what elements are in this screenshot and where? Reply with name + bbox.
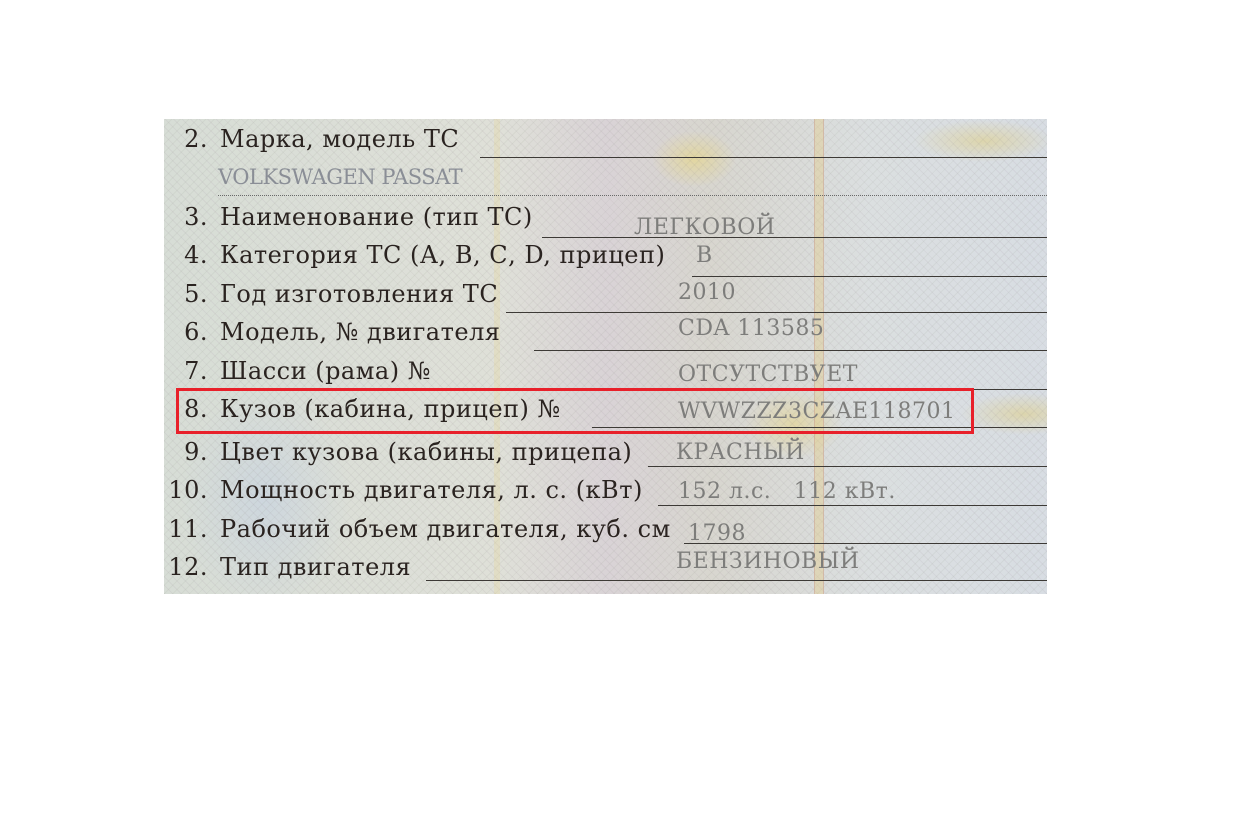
field-2-label: 2.Марка, модель ТС	[164, 125, 459, 153]
field-10-line	[658, 505, 1047, 506]
field-4-line	[692, 276, 1047, 277]
vehicle-passport-scan: 2.Марка, модель ТС VOLKSWAGEN PASSAT 3.Н…	[164, 119, 1047, 594]
field-4-value: В	[696, 243, 713, 268]
field-2-line-2	[218, 195, 1047, 196]
field-11-line	[684, 543, 1047, 544]
field-10-label: 10.Мощность двигателя, л. с. (кВт)	[164, 476, 643, 504]
field-3-line	[542, 237, 1047, 238]
field-12-line	[426, 580, 1047, 581]
field-5-label: 5.Год изготовления ТС	[164, 280, 498, 308]
field-9-line	[648, 466, 1047, 467]
field-10-value: 152 л.с. 112 кВт.	[678, 479, 896, 504]
field-4-label: 4.Категория ТС (А, В, С, D, прицеп)	[164, 241, 665, 269]
field-12-value: БЕНЗИНОВЫЙ	[676, 549, 860, 574]
field-6-line	[534, 350, 1047, 351]
field-7-label: 7.Шасси (рама) №	[164, 357, 431, 385]
field-5-line	[506, 312, 1047, 313]
field-9-label: 9.Цвет кузова (кабины, прицепа)	[164, 438, 632, 466]
field-6-label: 6.Модель, № двигателя	[164, 318, 500, 346]
field-2-line	[480, 157, 1047, 158]
security-thread	[814, 119, 824, 594]
vin-highlight-box	[176, 388, 974, 434]
field-7-value: ОТСУТСТВУЕТ	[678, 362, 858, 387]
field-12-label: 12.Тип двигателя	[164, 553, 411, 581]
field-11-label: 11.Рабочий объем двигателя, куб. см	[164, 515, 671, 543]
field-9-value: КРАСНЫЙ	[676, 440, 805, 465]
field-2-value: VOLKSWAGEN PASSAT	[218, 165, 462, 189]
field-6-value: CDA 113585	[678, 316, 824, 341]
field-5-value: 2010	[678, 280, 736, 305]
field-3-label: 3.Наименование (тип ТС)	[164, 203, 533, 231]
